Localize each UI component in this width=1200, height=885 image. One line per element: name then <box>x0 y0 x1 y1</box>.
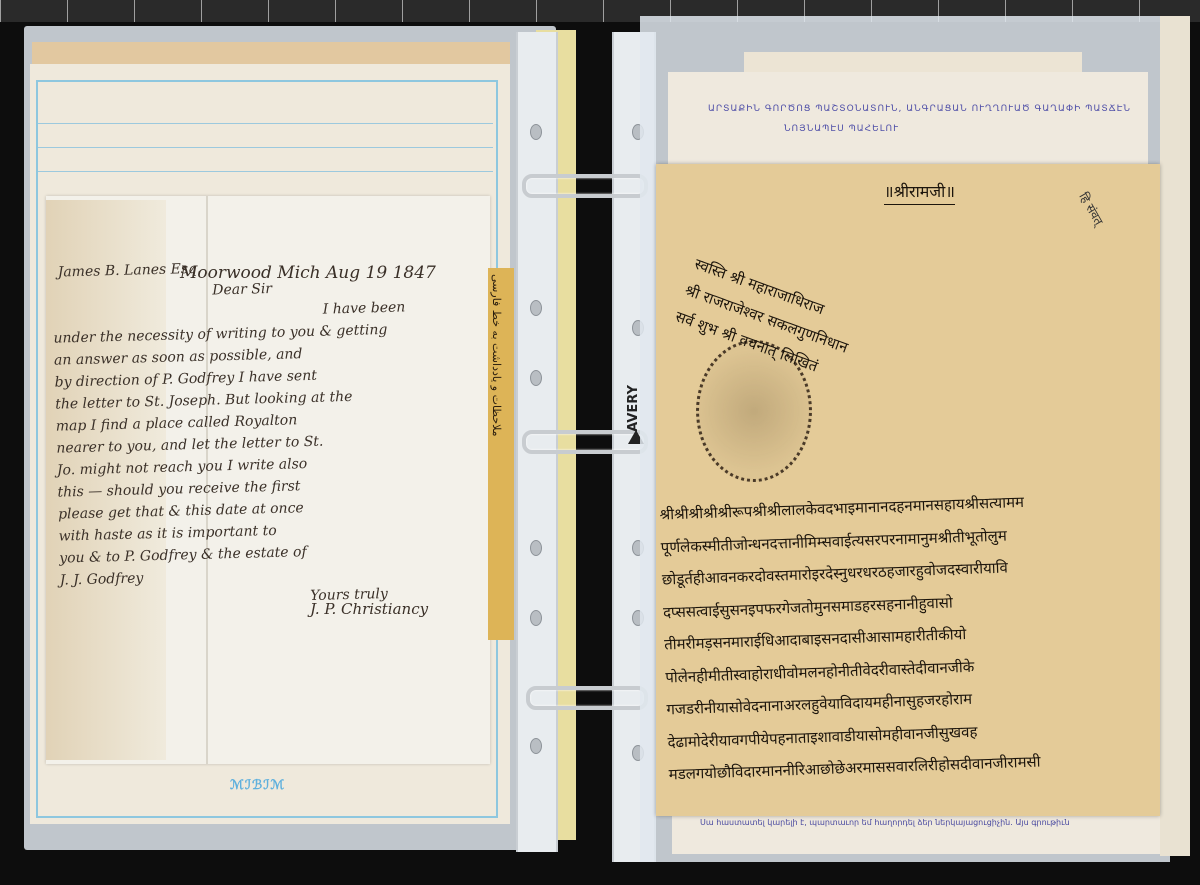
stacked-page-edges <box>1160 16 1190 856</box>
binder-ring-bottom[interactable] <box>526 686 648 710</box>
letter-signature: J. P. Christiancy <box>310 598 428 620</box>
armenian-header-line-2: ՆՈՅՆԱՊԷՍ ՊԱՀԵԼՈՒ <box>784 124 899 134</box>
punch-hole <box>530 300 542 316</box>
avery-brand-label: AVERY <box>626 385 641 432</box>
blue-watermark-stamp: ℳℐℬℐℳ <box>230 778 285 793</box>
letter-body: James B. Lanes Esq. Dear Sir I have been… <box>51 250 490 613</box>
persian-strip-text: ملاحظات و یادداشت به خط فارسی <box>490 274 503 437</box>
punch-hole <box>530 610 542 626</box>
punch-hole <box>530 738 542 754</box>
punch-hole <box>530 370 542 386</box>
armenian-footer-document <box>672 810 1160 854</box>
binder-ring-top[interactable] <box>522 174 648 198</box>
punch-hole <box>530 540 542 556</box>
armenian-typed-document <box>668 72 1148 172</box>
ruled-lines <box>38 100 493 190</box>
manuscript-body: श्रीश्रीश्रीश्रीश्रीरूपश्रीश्रीलालकेवदभा… <box>659 482 1159 791</box>
armenian-footer-text: Սա հաստատել կարելի է, պարտաւոր եմ հաղորդ… <box>700 818 1070 827</box>
manuscript-title: ॥श्रीरामजी॥ <box>884 180 955 205</box>
armenian-header-line-1: ԱՐՏԱՔԻՆ ԳՈՐԾՈՑ ՊԱՇՏՕՆԱՏՈՒՆ, ԱՆԳՐԱՑԱՆ ՈՒՂ… <box>708 104 1131 114</box>
punch-hole <box>530 124 542 140</box>
